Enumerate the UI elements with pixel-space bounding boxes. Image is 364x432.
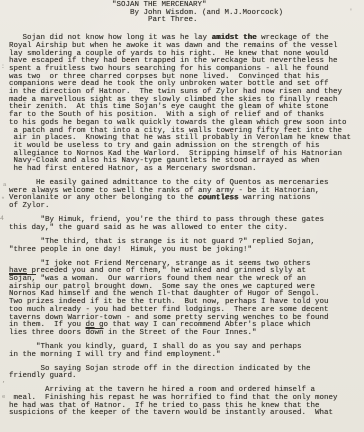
margin-mark: a xyxy=(3,181,6,189)
paragraph-6: "Thank you kindly, guard, I shall do as … xyxy=(9,344,363,359)
paragraph-8-text: Arriving at the tavern he hired a room a… xyxy=(9,386,338,417)
paragraph-5: "I joke not Friend Mercenary, strange as… xyxy=(9,261,363,338)
paragraph-3-text: "By Himuk, friend, you're the third to p… xyxy=(9,216,324,232)
paragraph-2: He easily gained admittance to the city … xyxy=(9,180,363,211)
document-header: "SOJAN THE MERCENARY" By John Wisdom. (a… xyxy=(9,2,363,25)
paragraph-4: "The third, that is strange is it not gu… xyxy=(9,239,363,254)
paragraph-4-text: "The third, that is strange is it not gu… xyxy=(9,238,315,254)
paragraph-6-text: "Thank you kindly, guard, I shall do as … xyxy=(9,343,302,359)
margin-mark: 4 xyxy=(0,215,4,223)
paragraph-5-text: in the Street of the Four Innes." xyxy=(104,329,257,337)
margin-mark: ' xyxy=(349,8,353,16)
document-page: "SOJAN THE MERCENARY" By John Wisdom. (a… xyxy=(0,0,364,432)
margin-mark: : xyxy=(1,63,5,71)
part-number: Part Three. xyxy=(148,17,363,25)
margin-mark: * xyxy=(1,196,5,204)
paragraph-7-text: So saying Sojan strode off in the direct… xyxy=(9,365,311,381)
overstruck-correction: countless xyxy=(198,194,239,202)
paragraph-8: Arriving at the tavern he hired a room a… xyxy=(9,387,363,418)
margin-mark: , xyxy=(2,377,6,385)
paragraph-1: Sojan did not know how long it was he la… xyxy=(9,35,363,174)
overlined-word: down xyxy=(86,329,104,337)
paragraph-3: "By Himuk, friend, you're the third to p… xyxy=(9,217,363,232)
paragraph-7: So saying Sojan strode off in the direct… xyxy=(9,366,363,381)
paragraph-1-text: wreckage of the Royal Airship but when h… xyxy=(9,34,351,173)
typewritten-text-block: "SOJAN THE MERCENARY" By John Wisdom. (a… xyxy=(9,2,363,418)
margin-mark: e xyxy=(2,393,5,401)
